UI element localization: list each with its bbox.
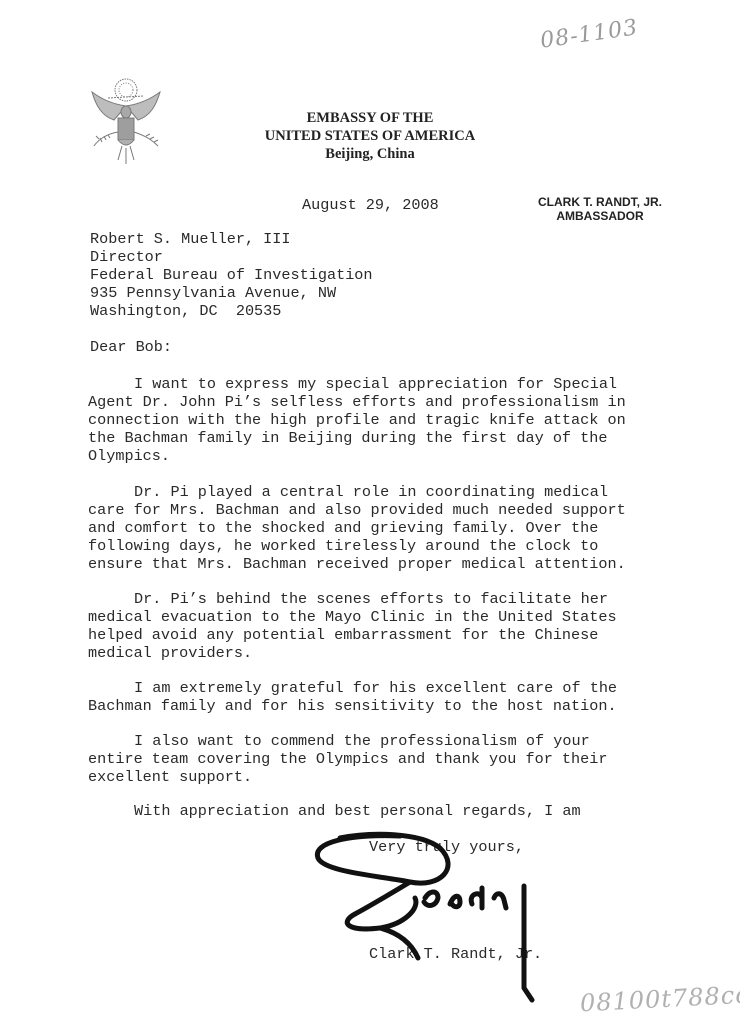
letterhead: EMBASSY OF THE UNITED STATES OF AMERICA … [240, 109, 500, 163]
body-paragraph-1: I want to express my special appreciatio… [88, 375, 626, 465]
sender-name: CLARK T. RANDT, JR. [520, 195, 680, 209]
letterhead-line-2: UNITED STATES OF AMERICA [240, 127, 500, 145]
recipient-line: Washington, DC 20535 [90, 302, 373, 320]
paragraph-line: Dr. Pi’s behind the scenes efforts to fa… [88, 590, 617, 608]
great-seal-eagle-icon [88, 76, 164, 168]
letterhead-line-3: Beijing, China [240, 145, 500, 163]
recipient-line: Director [90, 248, 373, 266]
paragraph-line: connection with the high profile and tra… [88, 411, 626, 429]
handwritten-signature-icon [310, 828, 560, 1008]
paragraph-line: I want to express my special appreciatio… [88, 375, 626, 393]
paragraph-line: entire team covering the Olympics and th… [88, 750, 608, 768]
paragraph-line: care for Mrs. Bachman and also provided … [88, 501, 626, 519]
sender-title: AMBASSADOR [520, 209, 680, 223]
paragraph-line: medical evacuation to the Mayo Clinic in… [88, 608, 617, 626]
recipient-address: Robert S. Mueller, III Director Federal … [90, 230, 373, 320]
handwritten-file-number-bottom: 08100t788cc [579, 981, 740, 1018]
paragraph-line: the Bachman family in Beijing during the… [88, 429, 626, 447]
paragraph-line: Bachman family and for his sensitivity t… [88, 697, 617, 715]
paragraph-line: following days, he worked tirelessly aro… [88, 537, 626, 555]
salutation: Dear Bob: [90, 338, 172, 356]
recipient-line: Robert S. Mueller, III [90, 230, 373, 248]
paragraph-line: With appreciation and best personal rega… [88, 802, 581, 820]
body-paragraph-2: Dr. Pi played a central role in coordina… [88, 483, 626, 573]
paragraph-line: I am extremely grateful for his excellen… [88, 679, 617, 697]
paragraph-line: medical providers. [88, 644, 617, 662]
paragraph-line: ensure that Mrs. Bachman received proper… [88, 555, 626, 573]
sender-block: CLARK T. RANDT, JR. AMBASSADOR [520, 195, 680, 223]
paragraph-line: excellent support. [88, 768, 608, 786]
paragraph-line: Olympics. [88, 447, 626, 465]
body-paragraph-4: I am extremely grateful for his excellen… [88, 679, 617, 715]
paragraph-line: helped avoid any potential embarrassment… [88, 626, 617, 644]
paragraph-line: Agent Dr. John Pi’s selfless efforts and… [88, 393, 626, 411]
handwritten-file-number-top: 08-1103 [539, 15, 640, 53]
paragraph-line: Dr. Pi played a central role in coordina… [88, 483, 626, 501]
paragraph-line: and comfort to the shocked and grieving … [88, 519, 626, 537]
recipient-line: Federal Bureau of Investigation [90, 266, 373, 284]
body-paragraph-6: With appreciation and best personal rega… [88, 802, 581, 820]
body-paragraph-3: Dr. Pi’s behind the scenes efforts to fa… [88, 590, 617, 662]
letter-date: August 29, 2008 [302, 196, 439, 214]
body-paragraph-5: I also want to commend the professionali… [88, 732, 608, 786]
letterhead-line-1: EMBASSY OF THE [240, 109, 500, 127]
paragraph-line: I also want to commend the professionali… [88, 732, 608, 750]
recipient-line: 935 Pennsylvania Avenue, NW [90, 284, 373, 302]
